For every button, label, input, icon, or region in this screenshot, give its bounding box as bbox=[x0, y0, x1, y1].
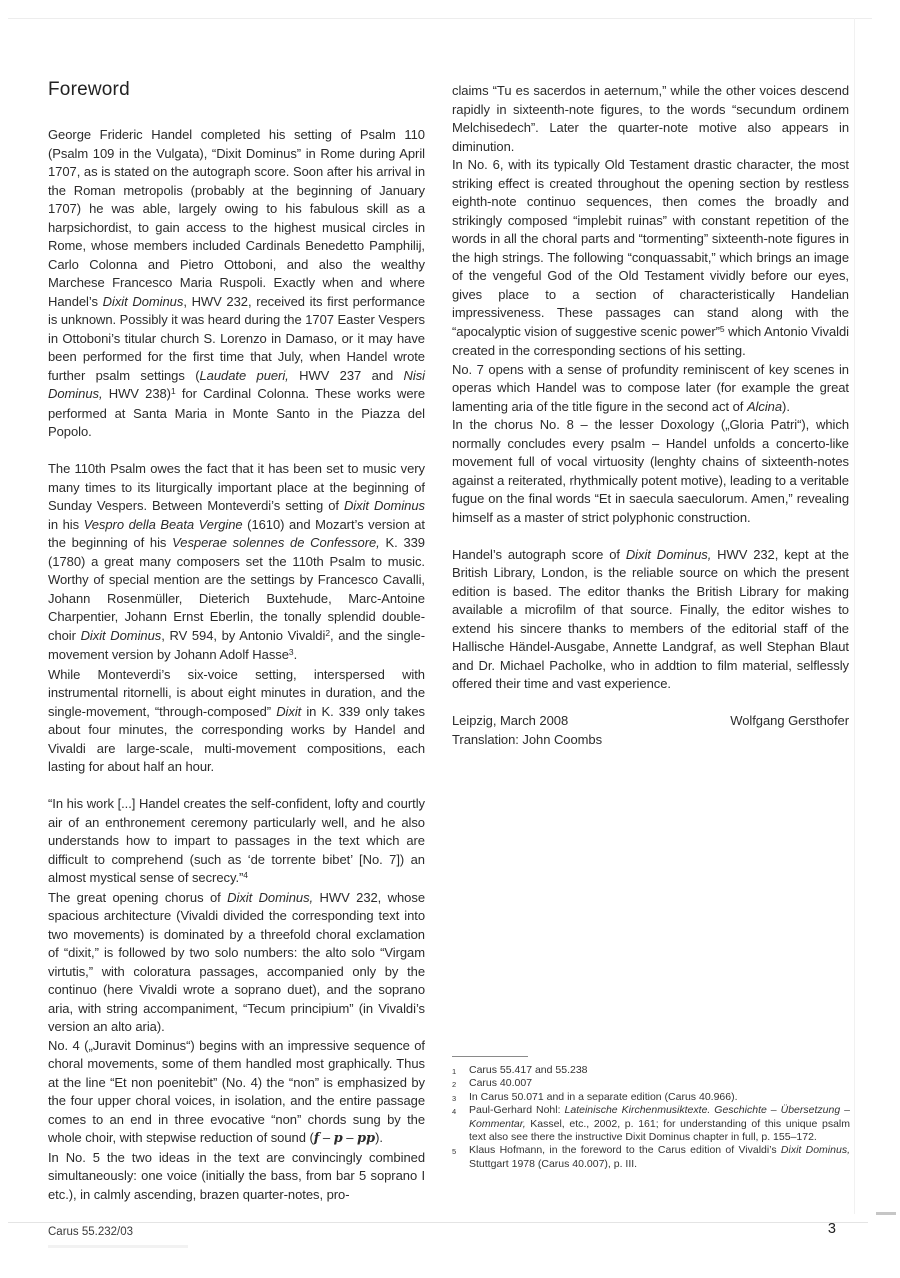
paragraph: The 110th Psalm owes the fact that it ha… bbox=[48, 460, 425, 666]
footnote-number: 5 bbox=[452, 1145, 463, 1172]
footnote-number: 3 bbox=[452, 1092, 463, 1105]
footnote-text: Paul-Gerhard Nohl: Lateinische Kirchenmu… bbox=[469, 1104, 850, 1144]
footnote-text: Carus 40.007 bbox=[469, 1077, 850, 1090]
paragraph: In the chorus No. 8 – the lesser Doxolog… bbox=[452, 416, 849, 527]
paragraph: In No. 5 the two ideas in the text are c… bbox=[48, 1149, 425, 1205]
signoff-translation: Translation: John Coombs bbox=[452, 731, 849, 750]
footnote-text: In Carus 50.071 and in a separate editio… bbox=[469, 1091, 850, 1104]
signoff-place-date: Leipzig, March 2008 bbox=[452, 712, 568, 731]
footnote-number: 1 bbox=[452, 1065, 463, 1078]
footnote: 4Paul-Gerhard Nohl: Lateinische Kirchenm… bbox=[452, 1104, 850, 1144]
footnote: 1Carus 55.417 and 55.238 bbox=[452, 1064, 850, 1077]
footnote: 3In Carus 50.071 and in a separate editi… bbox=[452, 1091, 850, 1104]
footer-catalog-number: Carus 55.232/03 bbox=[48, 1226, 133, 1238]
left-column-text: George Frideric Handel completed his set… bbox=[48, 126, 425, 1204]
page-right-edge bbox=[854, 18, 855, 1214]
paragraph: While Monteverdi’s six-voice setting, in… bbox=[48, 666, 425, 777]
paragraph: “In his work [...] Handel creates the se… bbox=[48, 795, 425, 889]
footnote-number: 4 bbox=[452, 1105, 463, 1145]
signoff: Leipzig, March 2008 Wolfgang Gersthofer … bbox=[452, 712, 849, 749]
paragraph: George Frideric Handel completed his set… bbox=[48, 126, 425, 442]
paragraph: No. 7 opens with a sense of profundity r… bbox=[452, 361, 849, 417]
paragraph: In No. 6, with its typically Old Testame… bbox=[452, 156, 849, 361]
page-top-edge bbox=[8, 18, 872, 19]
paragraph: claims “Tu es sacerdos in aeternum,” whi… bbox=[452, 82, 849, 156]
signoff-author: Wolfgang Gersthofer bbox=[730, 712, 849, 731]
footnote-text: Klaus Hofmann, in the foreword to the Ca… bbox=[469, 1144, 850, 1171]
paragraph: Handel’s autograph score of Dixit Dominu… bbox=[452, 546, 849, 694]
footer-rule bbox=[8, 1222, 868, 1223]
footnote-text: Carus 55.417 and 55.238 bbox=[469, 1064, 850, 1077]
footnote-list: 1Carus 55.417 and 55.2382Carus 40.0073In… bbox=[452, 1064, 850, 1171]
footer-catalog-underline bbox=[48, 1245, 188, 1248]
scrollbar-fragment bbox=[876, 1212, 896, 1215]
footnote: 5Klaus Hofmann, in the foreword to the C… bbox=[452, 1144, 850, 1171]
page-number: 3 bbox=[812, 1221, 836, 1237]
footnotes: 1Carus 55.417 and 55.2382Carus 40.0073In… bbox=[452, 1056, 850, 1171]
footnote-number: 2 bbox=[452, 1078, 463, 1091]
footnote: 2Carus 40.007 bbox=[452, 1077, 850, 1090]
document-page: { "document": { "heading": "Foreword", "… bbox=[0, 0, 900, 1278]
page-title: Foreword bbox=[48, 78, 425, 102]
footnote-separator bbox=[452, 1056, 528, 1057]
left-column: Foreword George Frideric Handel complete… bbox=[48, 78, 425, 1204]
paragraph: The great opening chorus of Dixit Dominu… bbox=[48, 889, 425, 1037]
right-column: claims “Tu es sacerdos in aeternum,” whi… bbox=[452, 82, 849, 749]
paragraph: No. 4 („Juravit Dominus“) begins with an… bbox=[48, 1037, 425, 1149]
right-column-text: claims “Tu es sacerdos in aeternum,” whi… bbox=[452, 82, 849, 694]
